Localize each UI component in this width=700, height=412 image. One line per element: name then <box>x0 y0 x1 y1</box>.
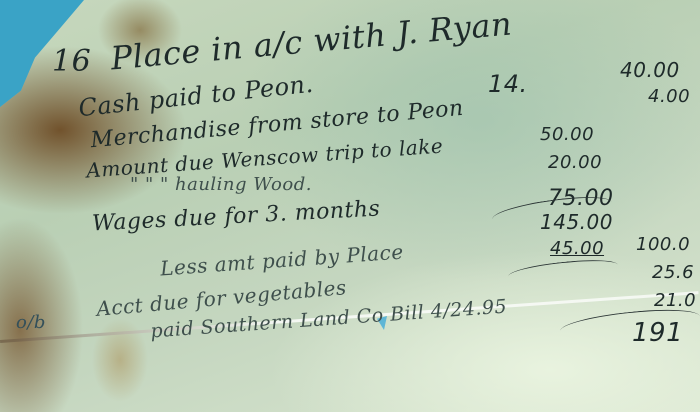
account-sub-number: 14. <box>488 70 528 98</box>
entry-amount-subtotal: 145.00 <box>540 210 613 234</box>
entry-amount-hauling-wood: 20.00 <box>548 152 602 173</box>
margin-note: o/b <box>16 312 46 333</box>
account-number: 16 <box>52 44 91 79</box>
entry-right-amount-vegetables: 25.6 <box>652 262 694 283</box>
entry-right-amount-merchandise: 4.00 <box>648 86 690 107</box>
entry-amount-less-paid: 45.00 <box>550 238 604 259</box>
entry-label-hauling-wood: " " " hauling Wood. <box>130 174 312 195</box>
entry-right-amount-cash-paid: 40.00 <box>620 58 680 82</box>
entry-right-amount-less-paid: 100.0 <box>636 234 690 255</box>
entry-amount-trip-to-lake: 50.00 <box>540 124 594 145</box>
entry-right-amount-total: 191 <box>632 318 683 348</box>
entry-right-amount-southern-land: 21.0 <box>654 290 696 311</box>
